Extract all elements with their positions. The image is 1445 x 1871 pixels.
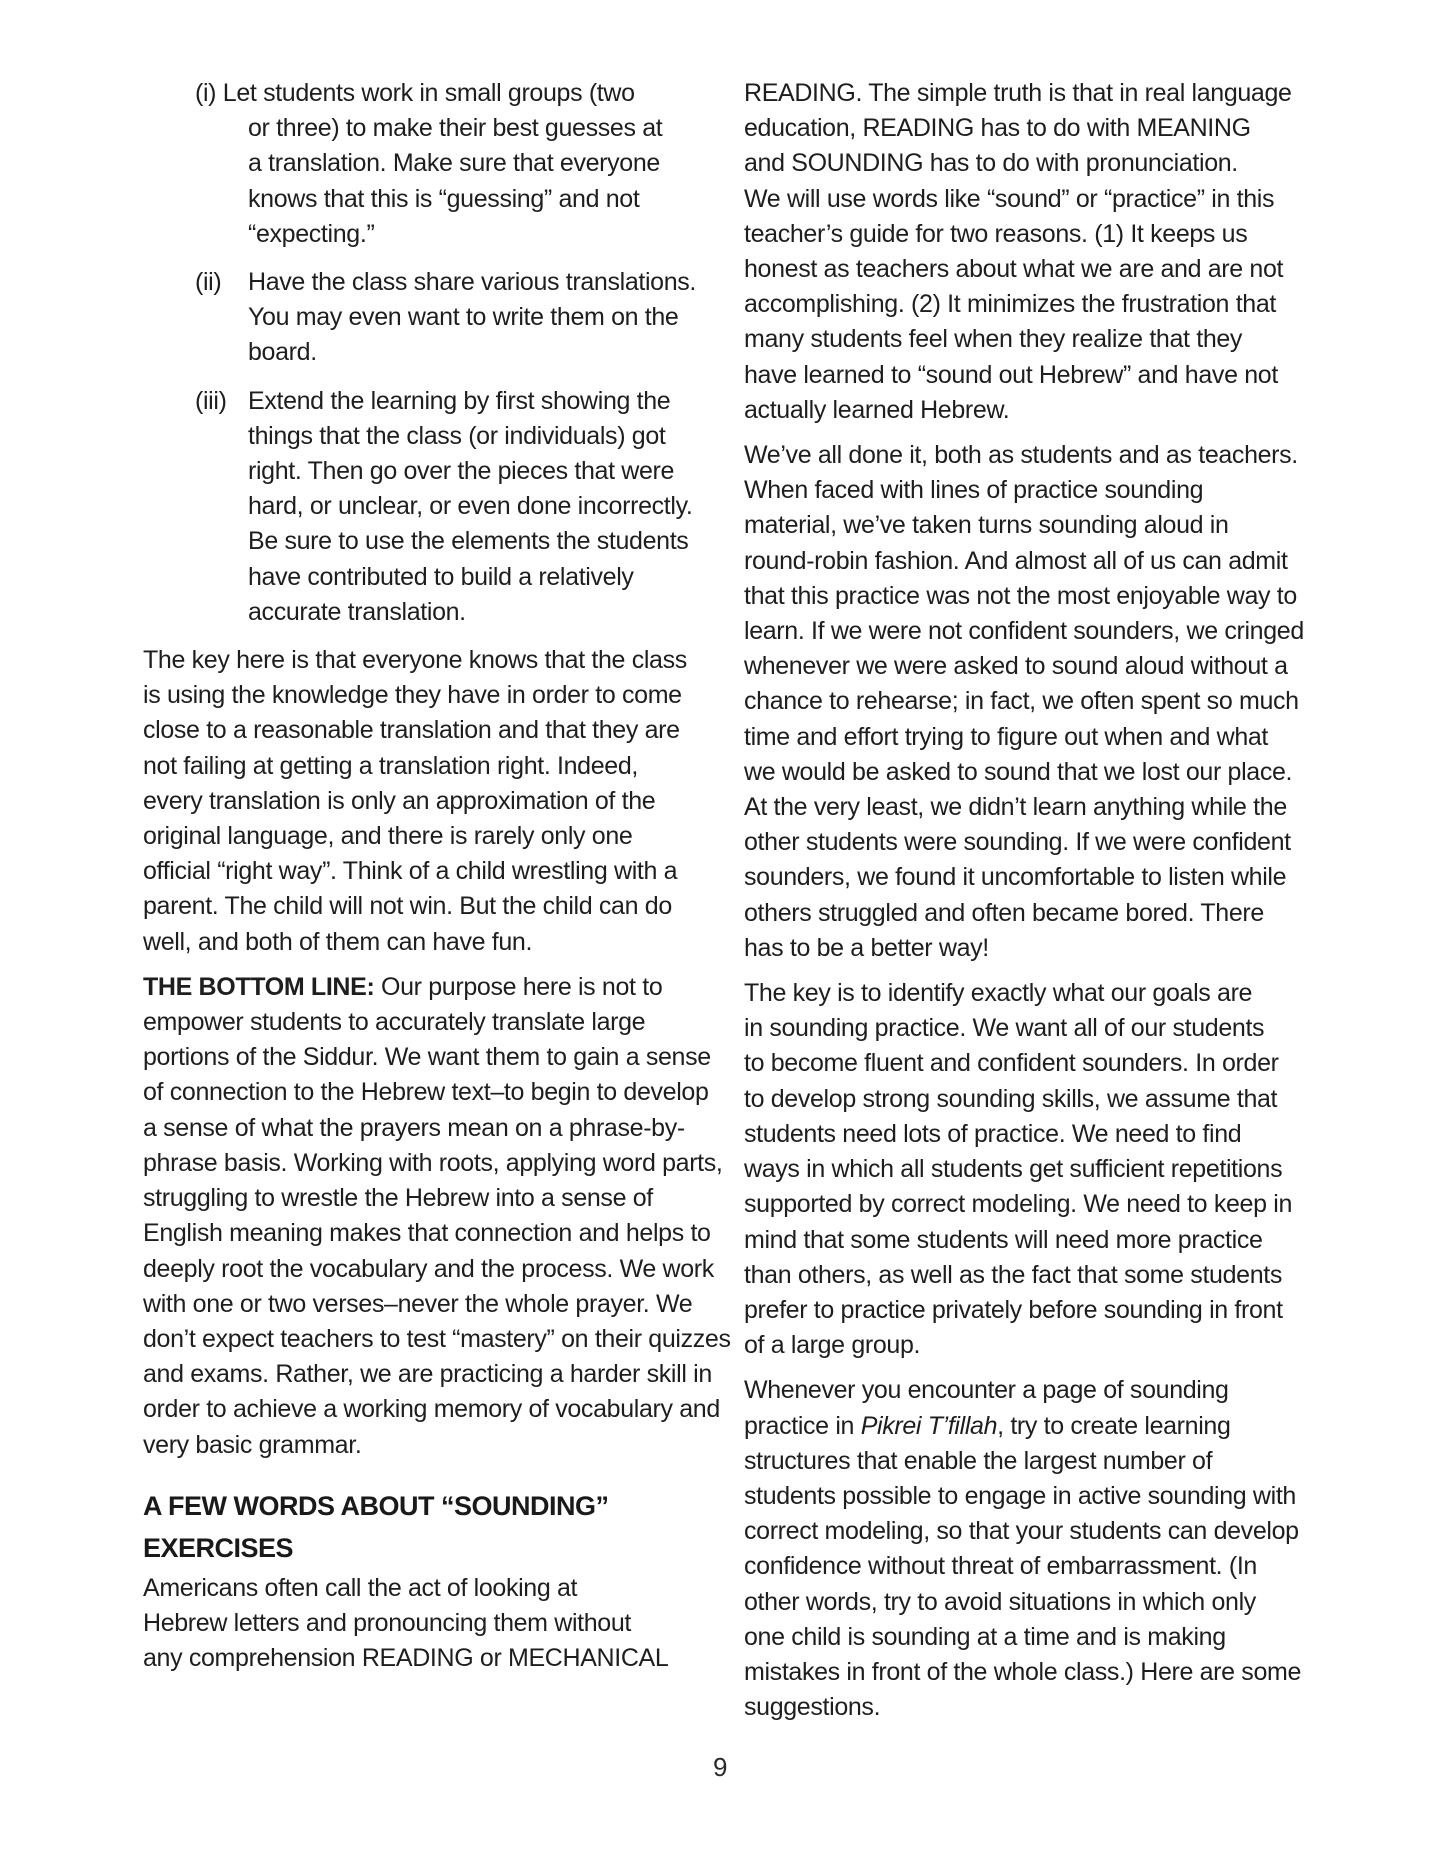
- list-item-line: board.: [248, 335, 703, 370]
- left-column: (i) Let students work in small groups (t…: [143, 76, 703, 1676]
- list-item-line: (i) Let students work in small groups (t…: [195, 76, 703, 111]
- list-item-line: Be sure to use the elements the students: [248, 524, 703, 559]
- list-item-line: “expecting.”: [248, 217, 703, 252]
- weve-all-paragraph: We’ve all done it, both as students and …: [744, 438, 1310, 966]
- list-item-line: or three) to make their best guesses at: [248, 111, 703, 146]
- list-item-line: accurate translation.: [248, 595, 703, 630]
- right-column: READING. The simple truth is that in rea…: [744, 76, 1310, 1725]
- list-item-line: right. Then go over the pieces that were: [248, 454, 703, 489]
- list-item-line: Have the class share various translation…: [248, 265, 703, 300]
- list-item-line: Extend the learning by first showing the: [248, 384, 703, 419]
- list-item-iii: (iii) Extend the learning by first showi…: [195, 384, 703, 630]
- key-paragraph: The key here is that everyone knows that…: [143, 643, 703, 960]
- list-item-line: knows that this is “guessing” and not: [248, 182, 703, 217]
- reading-paragraph: READING. The simple truth is that in rea…: [744, 76, 1310, 428]
- list-item-line: have contributed to build a relatively: [248, 560, 703, 595]
- list-marker: (iii): [195, 384, 227, 419]
- list-item-line: a translation. Make sure that everyone: [248, 146, 703, 181]
- list-item-line: things that the class (or individuals) g…: [248, 419, 703, 454]
- list-item-i: (i) Let students work in small groups (t…: [195, 76, 703, 252]
- list-item-line: You may even want to write them on the: [248, 300, 703, 335]
- document-page: (i) Let students work in small groups (t…: [0, 0, 1445, 1871]
- list-item-line: hard, or unclear, or even done incorrect…: [248, 489, 703, 524]
- list-marker: (i): [195, 79, 216, 107]
- americans-paragraph: Americans often call the act of looking …: [143, 1571, 703, 1677]
- page-number: 9: [713, 1752, 727, 1783]
- section-heading: A FEW WORDS ABOUT “SOUNDING” EXERCISES: [143, 1485, 703, 1569]
- whenever-paragraph: Whenever you encounter a page of soundin…: [744, 1373, 1310, 1725]
- key-goals-paragraph: The key is to identify exactly what our …: [744, 976, 1310, 1363]
- list-item-ii: (ii) Have the class share various transl…: [195, 265, 703, 371]
- bottom-line-paragraph: THE BOTTOM LINE: Our purpose here is not…: [143, 970, 703, 1463]
- book-title: Pikrei T’fillah: [861, 1412, 997, 1440]
- bottom-line-label: THE BOTTOM LINE:: [143, 973, 374, 1001]
- list-marker: (ii): [195, 265, 221, 300]
